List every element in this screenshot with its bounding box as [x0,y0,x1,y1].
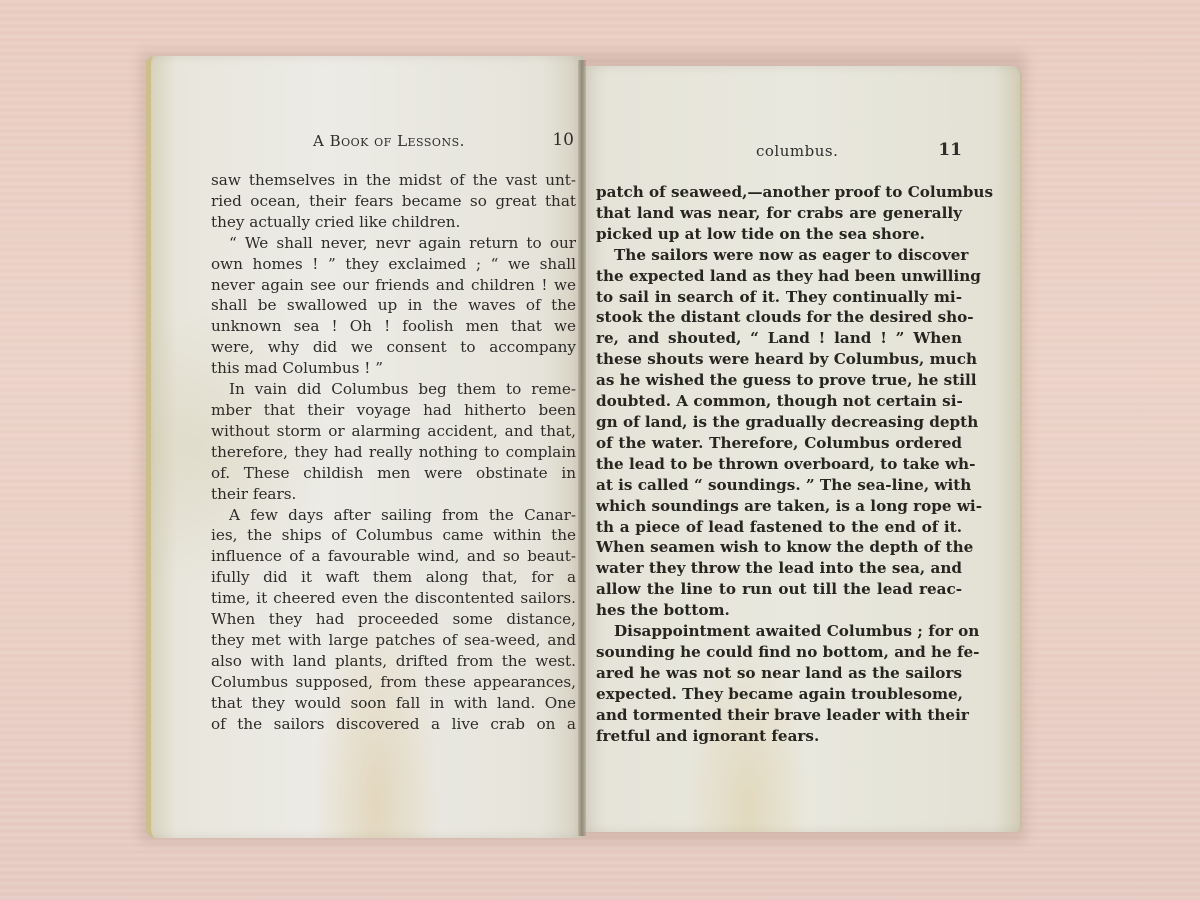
text-line: hes the bottom. [596,600,962,621]
text-line: A few days after sailing from the Canar- [211,505,576,526]
left-page-text: saw themselves in the midst of the vast … [211,170,576,734]
text-line: influence of a favourable wind, and so b… [211,546,576,567]
page-number-right: 11 [938,140,962,160]
text-line: they actually cried like children. [211,212,576,233]
text-line: unknown sea ! Oh ! foolish men that we [211,316,576,337]
text-line: gn of land, is the gradually decreasing … [596,412,962,433]
text-line: fretful and ignorant fears. [596,726,962,747]
text-line: to sail in search of it. They continuall… [596,287,962,308]
text-line: that they would soon fall in with land. … [211,693,576,714]
text-line: “ We shall never, nevr again return to o… [211,233,576,254]
text-line: they met with large patches of sea-weed,… [211,630,576,651]
text-line: ried ocean, their fears became so great … [211,191,576,212]
text-line: were, why did we consent to accompany [211,337,576,358]
right-page-text: patch of seaweed,—another proof to Colum… [596,182,962,746]
left-page: A Book of Lessons. 10 saw themselves in … [146,56,584,838]
text-line: also with land plants, drifted from the … [211,651,576,672]
text-line: Disappointment awaited Columbus ; for on [596,621,962,642]
text-line: as he wished the guess to prove true, he… [596,370,962,391]
text-line: that land was near, for crabs are genera… [596,203,962,224]
text-line: When seamen wish to know the depth of th… [596,537,962,558]
text-line: of the water. Therefore, Columbus ordere… [596,433,962,454]
text-line: which soundings are taken, is a long rop… [596,496,962,517]
text-line: never again see our friends and children… [211,275,576,296]
text-line: their fears. [211,484,576,505]
text-line: therefore, they had really nothing to co… [211,442,576,463]
text-line: shall be swallowed up in the waves of th… [211,295,576,316]
text-line: The sailors were now as eager to discove… [596,245,962,266]
text-line: own homes ! ” they exclaimed ; “ we shal… [211,254,576,275]
text-line: doubted. A common, though not certain si… [596,391,962,412]
text-line: and tormented their brave leader with th… [596,705,962,726]
page-number-left: 10 [552,130,574,150]
text-line: ies, the ships of Columbus came within t… [211,525,576,546]
text-line: mber that their voyage had hitherto been [211,400,576,421]
text-line: of. These childish men were obstinate in [211,463,576,484]
text-line: this mad Columbus ! ” [211,358,576,379]
text-line: water they throw the lead into the sea, … [596,558,962,579]
running-head-left: A Book of Lessons. [313,132,465,150]
text-line: allow the line to run out till the lead … [596,579,962,600]
text-line: th a piece of lead fastened to the end o… [596,517,962,538]
text-line: stook the distant clouds for the desired… [596,307,962,328]
text-line: the lead to be thrown overboard, to take… [596,454,962,475]
text-line: When they had proceeded some distance, [211,609,576,630]
right-page: columbus. 11 patch of seaweed,—another p… [582,66,1022,832]
running-head-right: columbus. [756,142,838,160]
text-line: ifully did it waft them along that, for … [211,567,576,588]
text-line: ared he was not so near land as the sail… [596,663,962,684]
text-line: picked up at low tide on the sea shore. [596,224,962,245]
text-line: the expected land as they had been unwil… [596,266,962,287]
text-line: In vain did Columbus beg them to reme- [211,379,576,400]
text-line: sounding he could find no bottom, and he… [596,642,962,663]
text-line: of the sailors discovered a live crab on… [211,714,576,735]
text-line: re, and shouted, “ Land ! land ! ” When [596,328,962,349]
text-line: expected. They became again troublesome, [596,684,962,705]
text-line: saw themselves in the midst of the vast … [211,170,576,191]
text-line: without storm or alarming accident, and … [211,421,576,442]
text-line: time, it cheered even the discontented s… [211,588,576,609]
text-line: patch of seaweed,—another proof to Colum… [596,182,962,203]
text-line: at is called “ soundings. ” The sea-line… [596,475,962,496]
text-line: Columbus supposed, from these appearance… [211,672,576,693]
text-line: these shouts were heard by Columbus, muc… [596,349,962,370]
book-gutter [578,60,586,836]
